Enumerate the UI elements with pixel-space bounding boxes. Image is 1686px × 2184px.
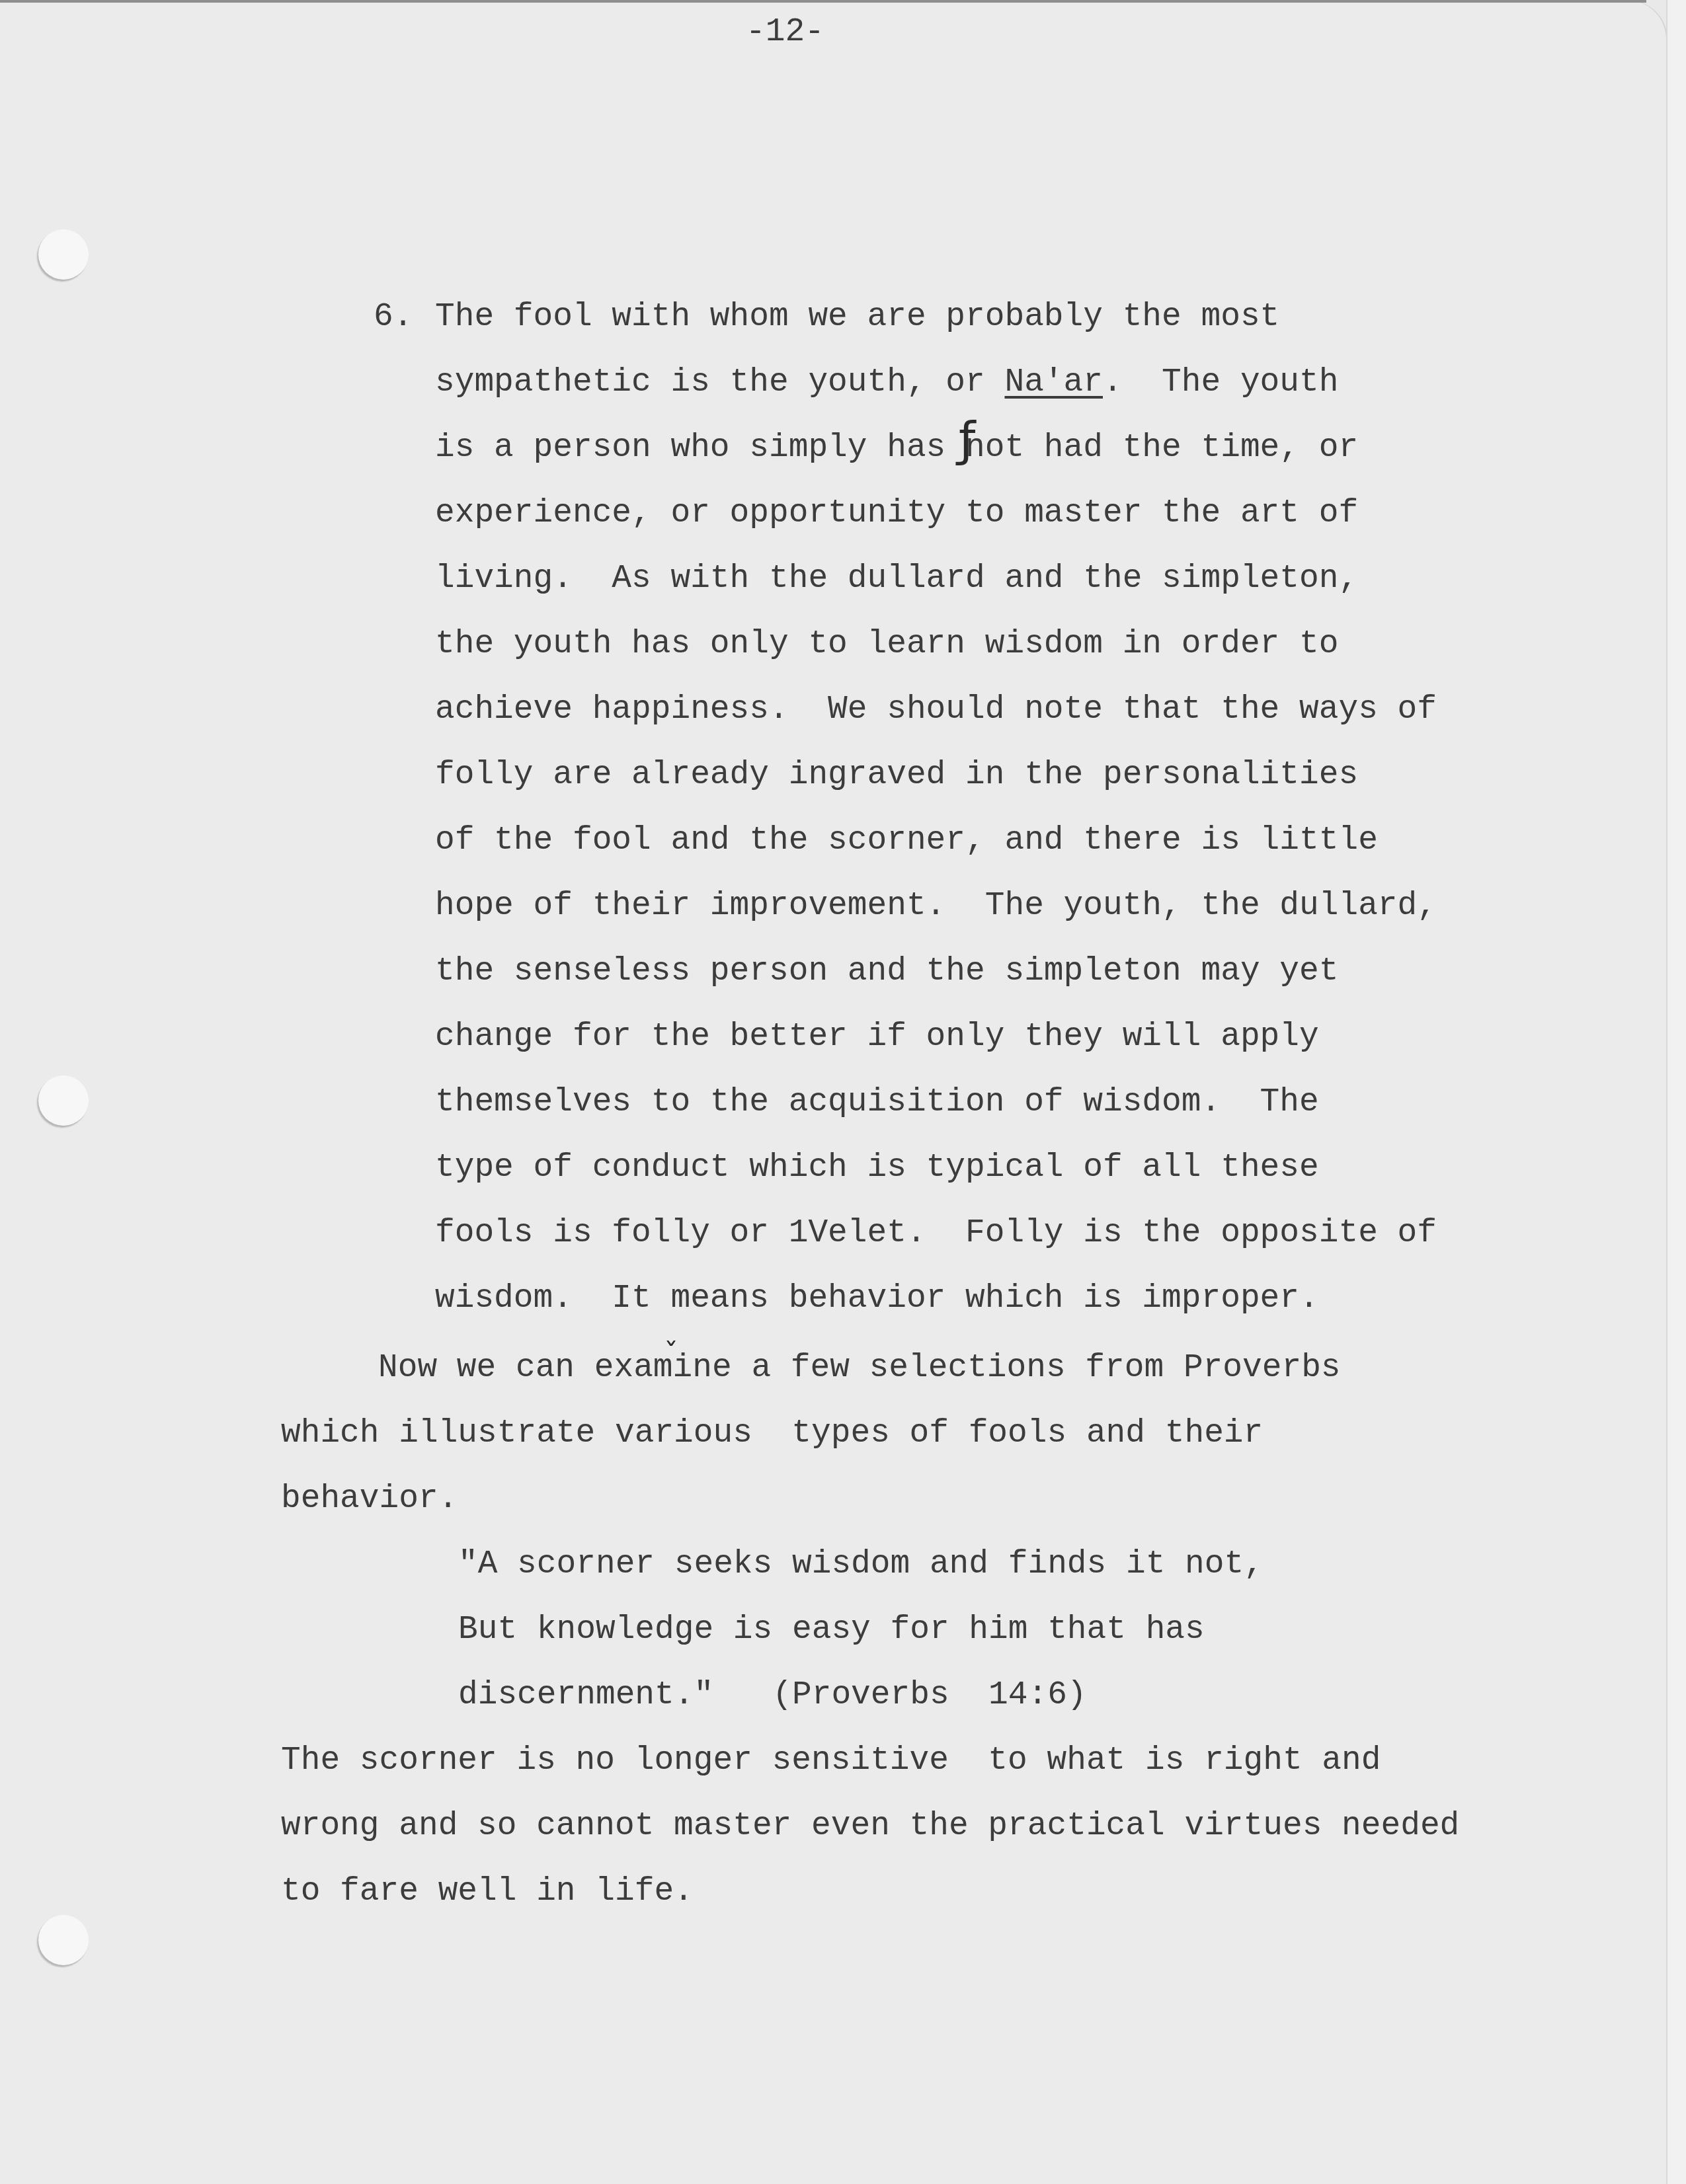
text-line: change for the better if only they will … [435,1021,1319,1054]
text-line: the youth has only to learn wisdom in or… [435,628,1338,661]
text-line: The fool with whom we are probably the m… [435,301,1279,334]
text-line: Now we can examine a few selections from… [378,1352,1341,1385]
text-line: is a person who simply has not had the t… [435,432,1358,465]
text-line: folly are already ingraved in the person… [435,759,1358,792]
quote-citation-line: discernment." (Proverbs 14:6) [458,1679,1087,1712]
text-line: sympathetic is the youth, or Na'ar. The … [435,366,1338,399]
text-line: living. As with the dullard and the simp… [435,563,1358,596]
text-line: type of conduct which is typical of all … [435,1151,1319,1185]
handwritten-correction-mark: ƒ [959,415,975,463]
text-line: experience, or opportunity to master the… [435,497,1358,530]
text-line: behavior. [281,1483,458,1516]
punch-hole-bottom [38,1915,89,1965]
text-line: achieve happiness. We should note that t… [435,693,1437,726]
text-line: The scorner is no longer sensitive to wh… [281,1744,1381,1777]
text-segment: . The youth [1103,364,1338,401]
punch-hole-top [38,229,89,280]
text-line: of the fool and the scorner, and there i… [435,824,1378,857]
text-line: wisdom. It means behavior which is impro… [435,1282,1319,1315]
text-line: which illustrate various types of fools … [281,1417,1263,1450]
punch-hole-middle [38,1075,89,1126]
text-line: fools is folly or 1Velet. Folly is the o… [435,1217,1437,1250]
text-line: hope of their improvement. The youth, th… [435,890,1437,923]
text-line: wrong and so cannot master even the prac… [281,1810,1459,1843]
page-right-edge [1666,0,1686,2184]
hebrew-term-naar: Na'ar [1004,364,1103,401]
quote-line: But knowledge is easy for him that has [458,1614,1205,1647]
top-edge-shadow [0,0,1646,3]
text-line: the senseless person and the simpleton m… [435,955,1338,988]
page-number: -12- [746,16,824,49]
text-line: to fare well in life. [281,1875,694,1908]
text-line: themselves to the acquisition of wisdom.… [435,1086,1319,1119]
quote-line: "A scorner seeks wisdom and finds it not… [458,1548,1264,1581]
list-item-number: 6. [374,301,413,334]
text-segment: sympathetic is the youth, or [435,364,1004,401]
